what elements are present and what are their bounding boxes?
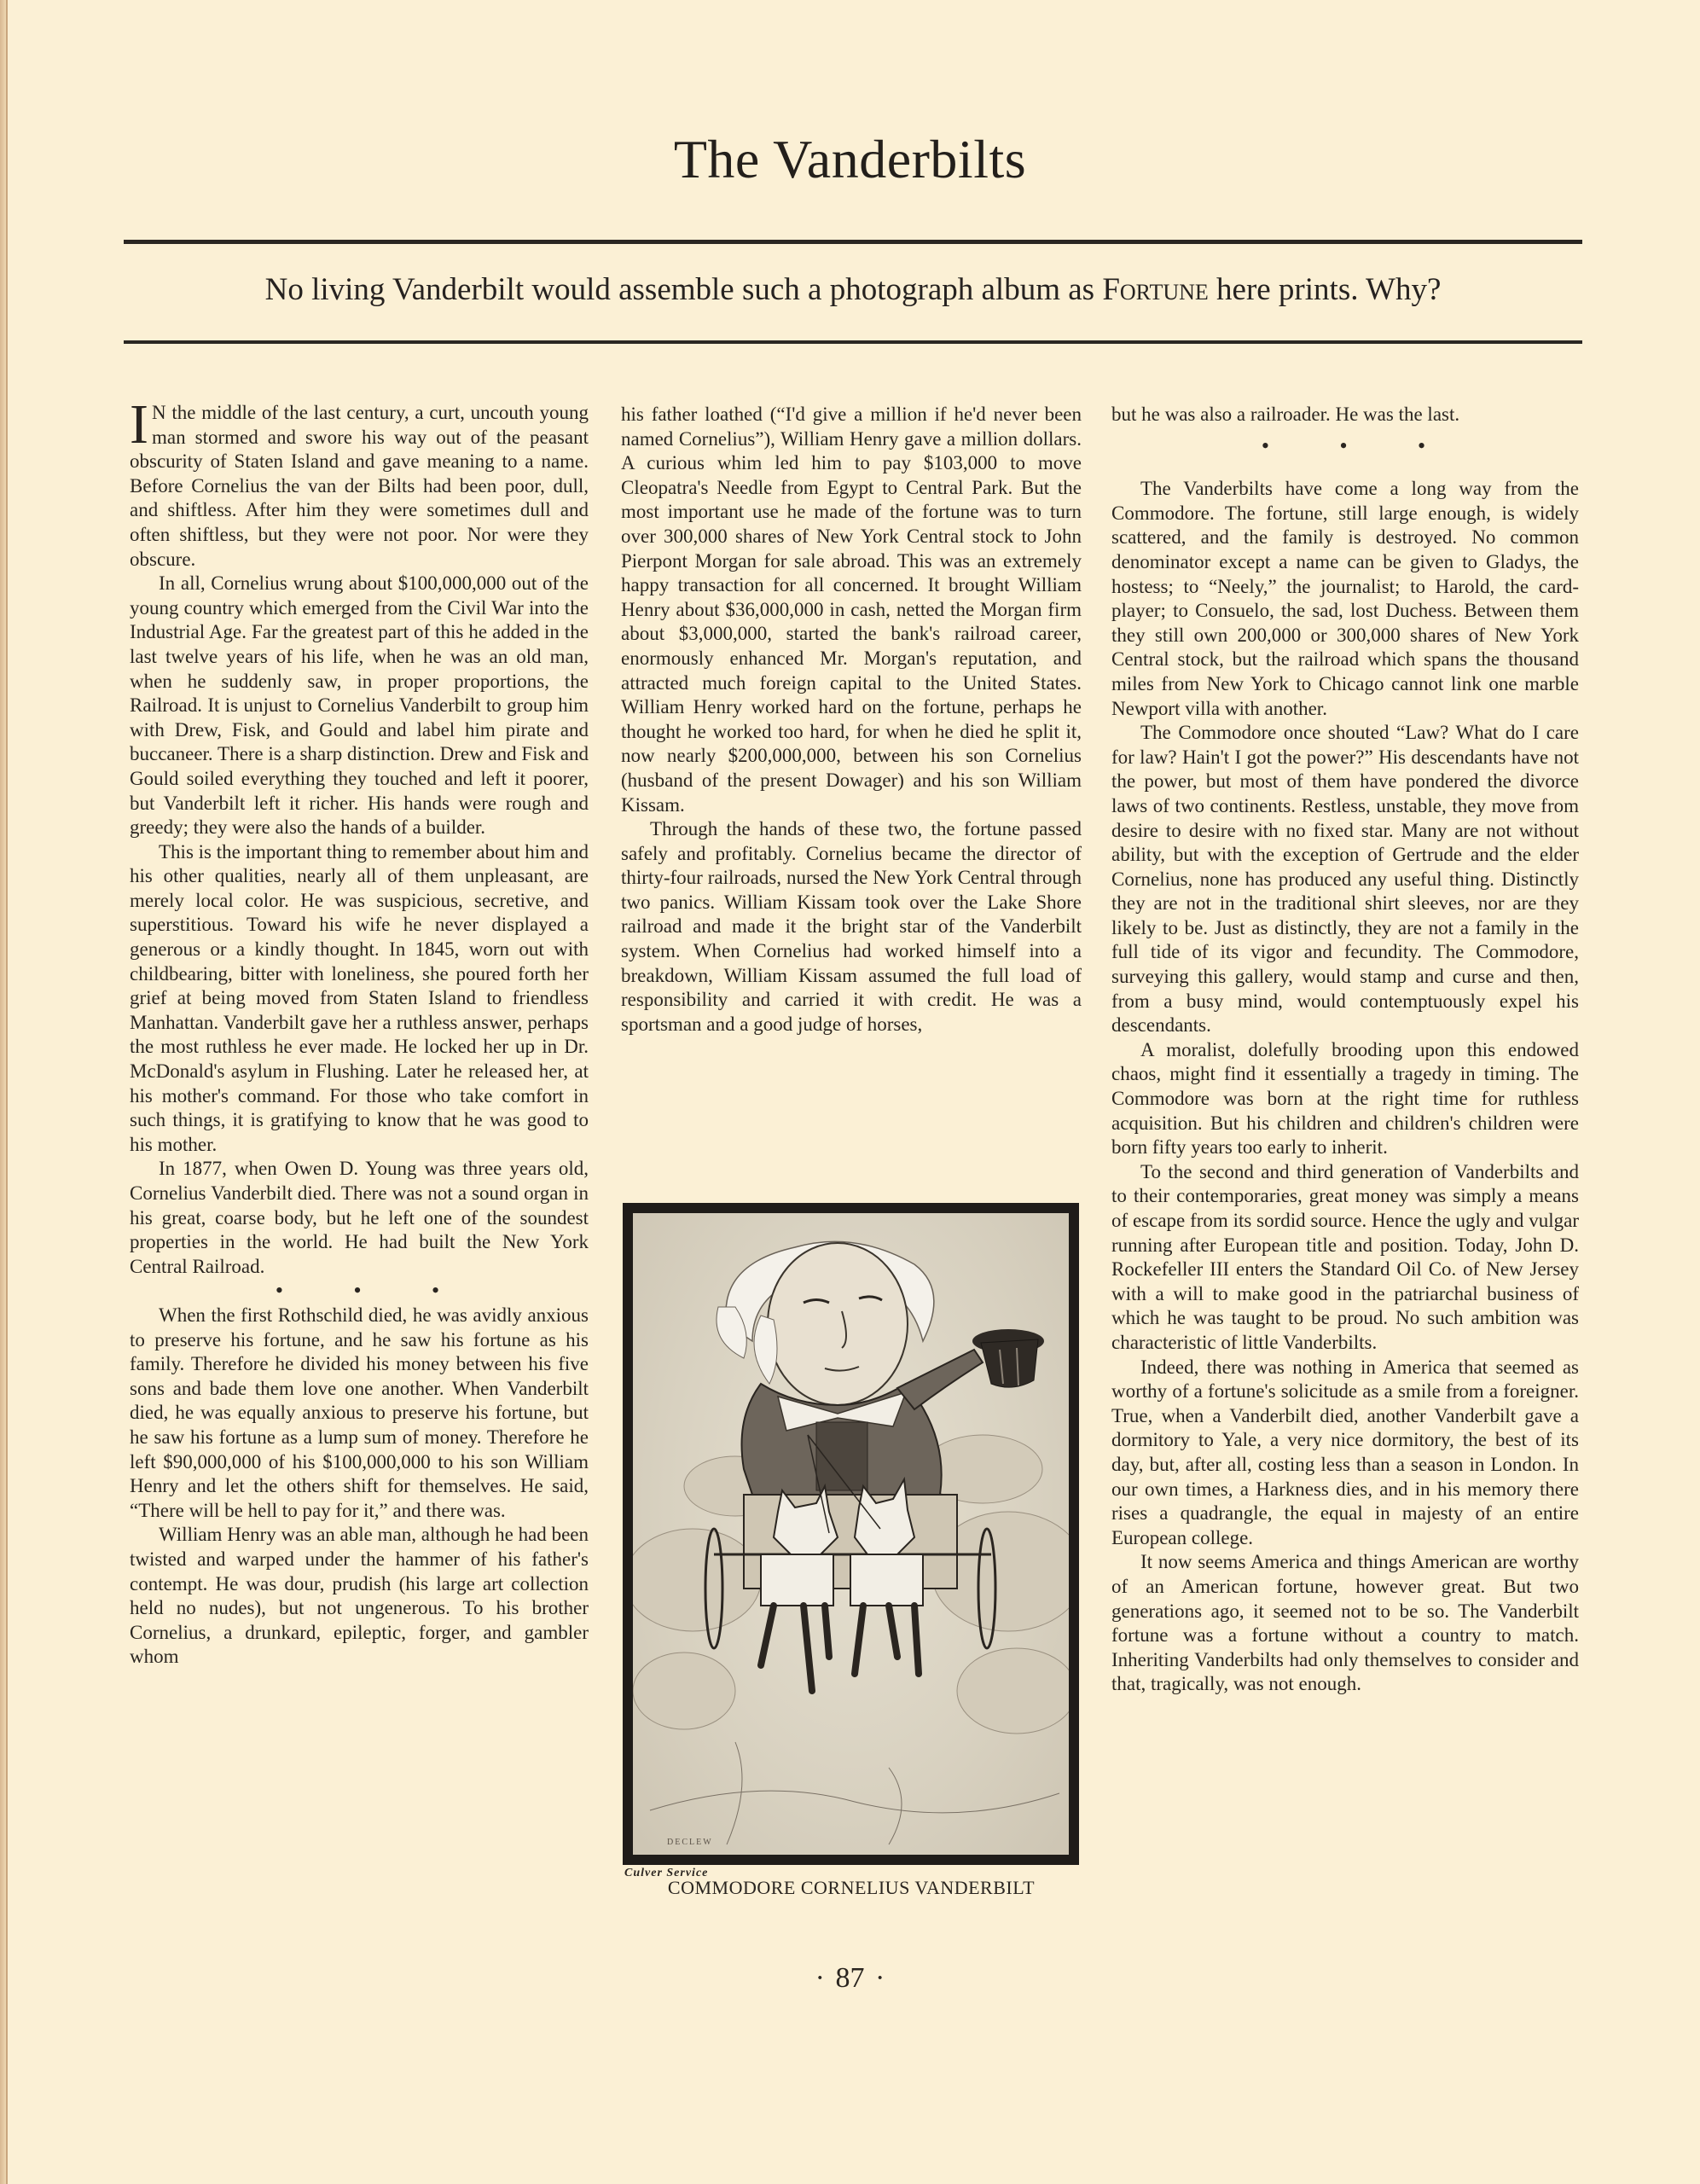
subtitle-text-before: No living Vanderbilt would assemble such… [265, 272, 1103, 307]
caricature-illustration: DECLEW [633, 1213, 1069, 1855]
figure-caption: COMMODORE CORNELIUS VANDERBILT [621, 1877, 1082, 1899]
page-binding-line [6, 0, 8, 2184]
paragraph: In 1877, when Owen D. Young was three ye… [130, 1157, 589, 1279]
rule-bottom [124, 340, 1582, 344]
paragraph: When the first Rothschild died, he was a… [130, 1304, 589, 1523]
column-3: but he was also a railroader. He was the… [1111, 403, 1579, 1697]
paragraph: IN the middle of the last century, a cur… [130, 401, 589, 572]
paragraph: Indeed, there was nothing in America tha… [1111, 1356, 1579, 1551]
paragraph: To the second and third generation of Va… [1111, 1160, 1579, 1356]
paragraph: The Vanderbilts have come a long way fro… [1111, 477, 1579, 721]
paragraph: Through the hands of these two, the fort… [621, 817, 1082, 1037]
paragraph: It now seems America and things American… [1111, 1550, 1579, 1697]
paragraph: his father loathed (“I'd give a million … [621, 403, 1082, 817]
paragraph: William Henry was an able man, although … [130, 1523, 589, 1670]
article-title: The Vanderbilts [0, 128, 1700, 191]
paragraph: but he was also a railroader. He was the… [1111, 403, 1579, 427]
rule-top [124, 240, 1582, 244]
paragraph: The Commodore once shouted “Law? What do… [1111, 721, 1579, 1038]
column-1: IN the middle of the last century, a cur… [130, 401, 589, 1670]
page-number: · 87 · [0, 1962, 1700, 1995]
subtitle-text-after: here prints. Why? [1209, 272, 1442, 307]
svg-text:DECLEW: DECLEW [667, 1838, 713, 1847]
commodore-caricature-image: DECLEW [623, 1203, 1079, 1865]
paragraph: In all, Cornelius wrung about $100,000,0… [130, 572, 589, 840]
subtitle-brand-fortune: Fortune [1102, 272, 1208, 307]
section-divider: • • • [1111, 434, 1579, 459]
paragraph-text: N the middle of the last century, a curt… [130, 402, 589, 570]
caricature-drawing-icon: DECLEW [633, 1213, 1069, 1855]
drop-cap: I [130, 403, 148, 447]
article-subtitle: No living Vanderbilt would assemble such… [124, 271, 1582, 308]
paragraph: This is the important thing to remember … [130, 840, 589, 1158]
paragraph: A moralist, dolefully brooding upon this… [1111, 1038, 1579, 1160]
column-2: his father loathed (“I'd give a million … [621, 403, 1082, 1037]
section-divider: • • • [130, 1279, 589, 1304]
